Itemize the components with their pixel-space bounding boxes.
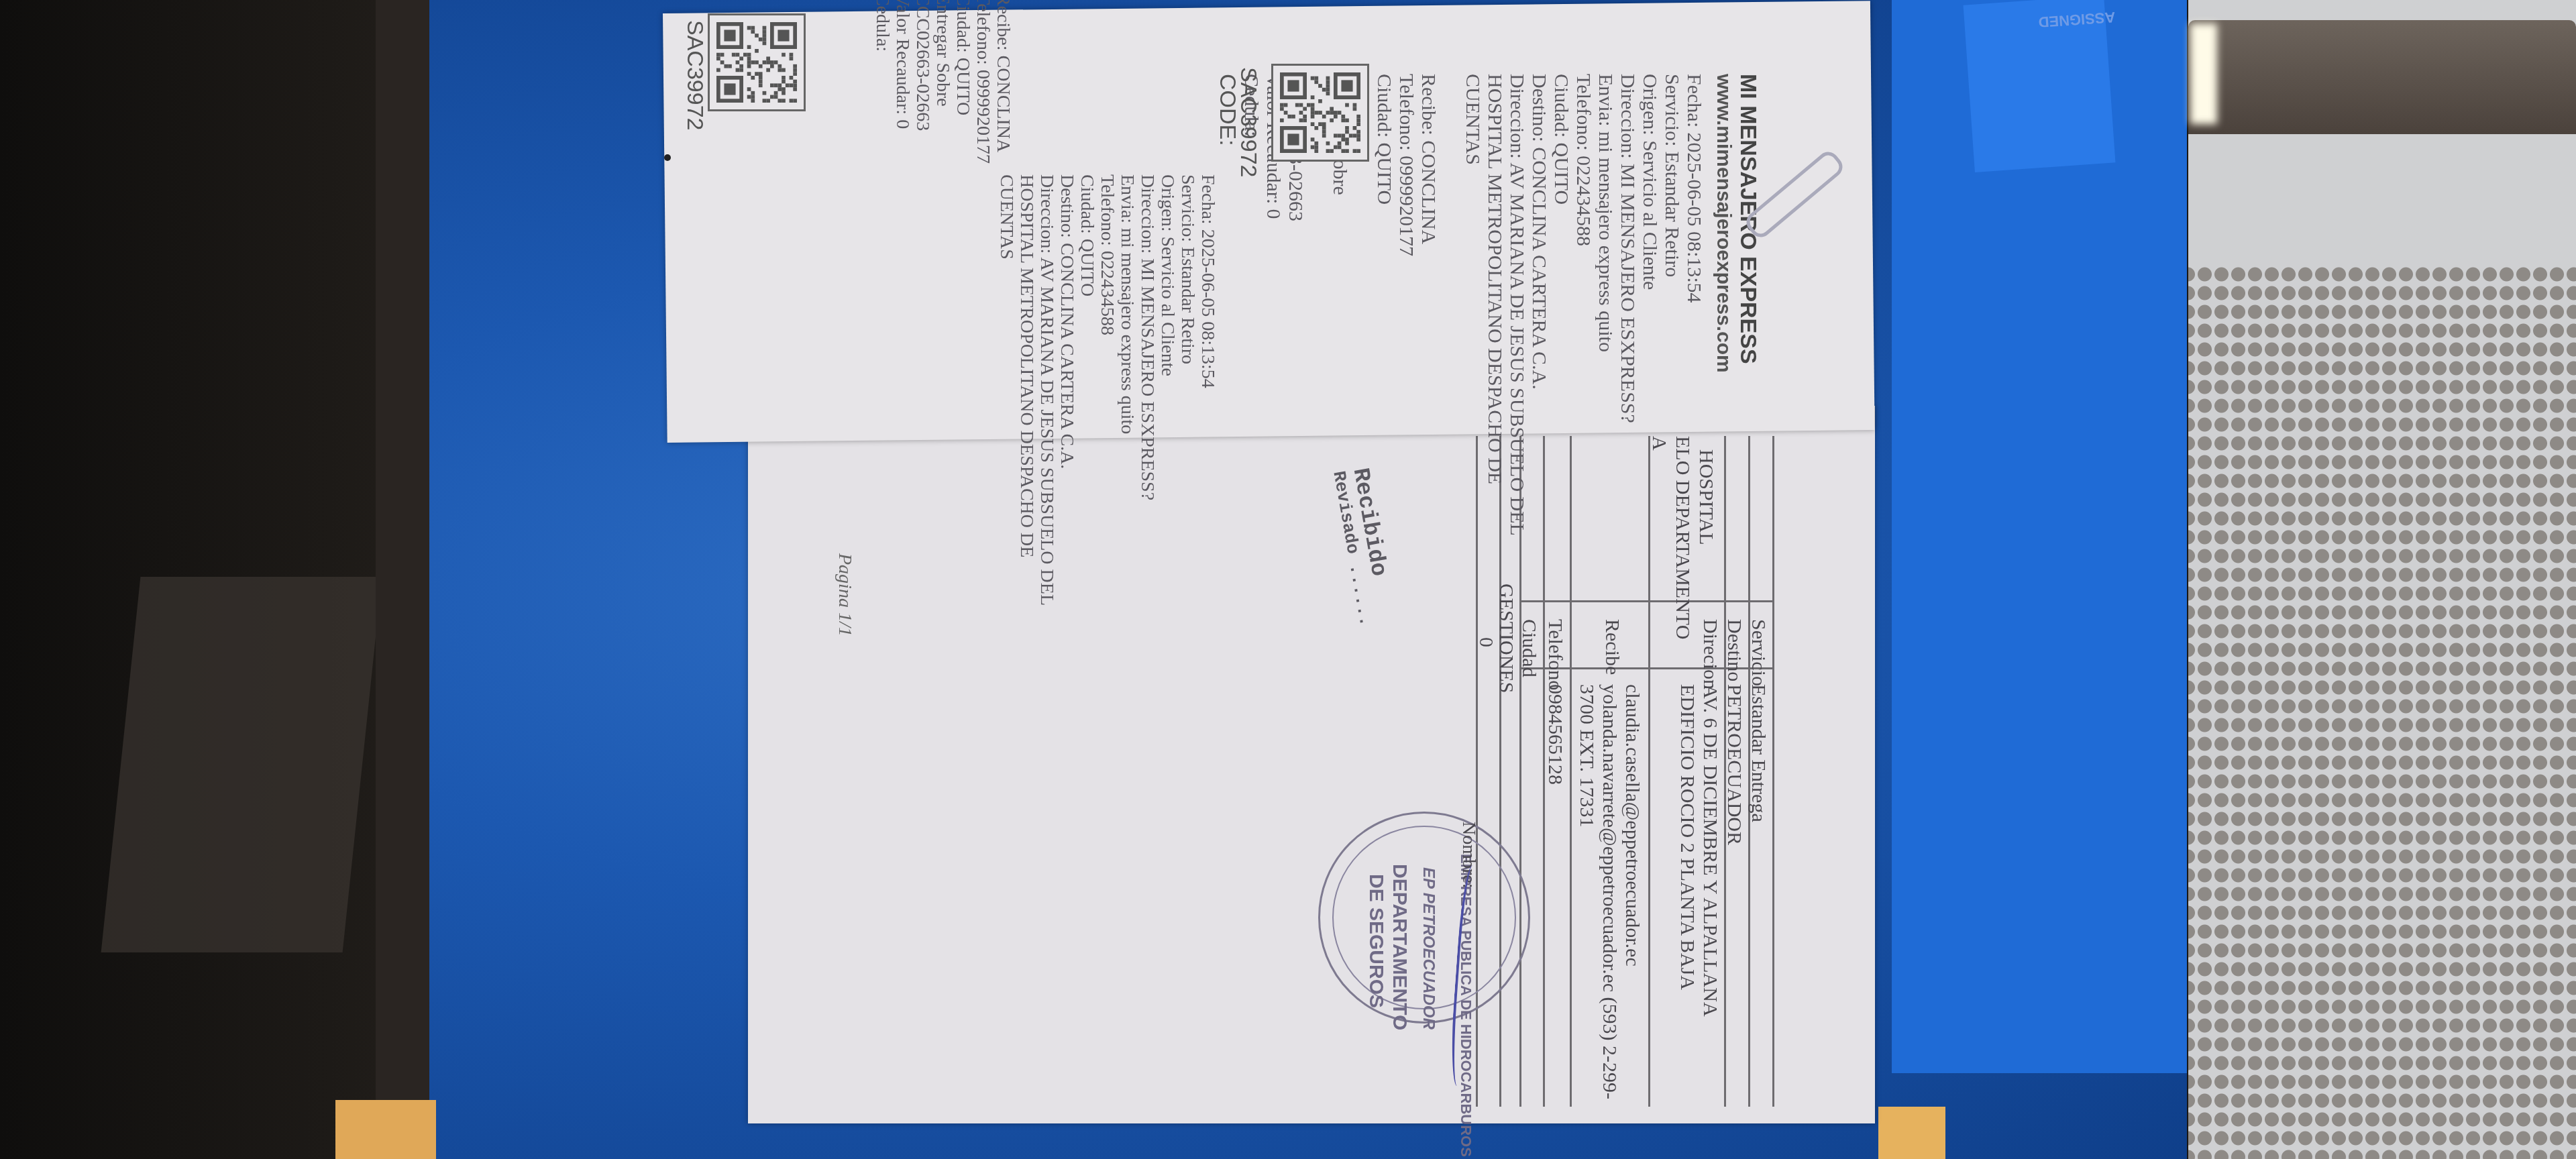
receipt-line: Origen: Servicio al Cliente <box>1639 74 1661 536</box>
gray-cloth <box>101 577 382 952</box>
receipt-line <box>1440 74 1462 536</box>
receipt-line: Ciudad: QUITO <box>1373 74 1395 536</box>
receipt-line: CUENTAS <box>996 174 1016 606</box>
stamp-line2: DE SEGUROS <box>1364 874 1387 1008</box>
receipt-line: Recibe: CONCLINA <box>993 0 1013 164</box>
receipt-third-fragment: Recibe: CONCLINATelefono: 0999920177Ciud… <box>872 0 1013 164</box>
receipt-line: Telefono: 0999920177 <box>1395 74 1417 536</box>
receipt-line: CUENTAS <box>1462 74 1484 536</box>
receipt-line: Servicio: Estandar Retiro <box>1177 174 1197 606</box>
perforated-metal <box>2188 265 2576 1159</box>
label-direccion: Direcion <box>1699 619 1721 689</box>
receipt-line: Ciudad: QUITO <box>953 0 973 164</box>
qr-code-top <box>1271 64 1369 162</box>
tracking-code-top: SAC39972 <box>1235 67 1261 177</box>
receipt-line: Envia: mi mensajero express quito <box>1595 74 1617 536</box>
label-recibe: Recibe <box>1601 619 1623 675</box>
petroecuador-stamp: EMPRESA PUBLICA DE HIDROCARBUROS EP PETR… <box>1318 812 1530 1024</box>
receipt-second-lines: Fecha: 2025-06-05 08:13:54Servicio: Esta… <box>996 174 1218 606</box>
ink-dot <box>664 154 671 161</box>
receipt-line: Destino: CONCLINA CARTERA C.A. <box>1057 174 1077 606</box>
receipt-line: Direccion: AV MARIANA DE JESUS SUBSUELO … <box>1036 174 1057 606</box>
receipt-line: Telefono: 022434588 <box>1572 74 1595 536</box>
receipt-line: Direccion: AV MARIANA DE JESUS SUBSUELO … <box>1506 74 1528 536</box>
value-servicio: Estandar Entrega <box>1747 684 1770 822</box>
receipt-line: Envia: mi mensajero express quito <box>1117 174 1137 606</box>
label-telefono: Telefono <box>1544 619 1566 690</box>
receipt-line: CCC02663-02663 <box>912 0 932 164</box>
page-number: Pagina 1/1 <box>834 553 855 637</box>
receipt-line: HOSPITAL METROPOLITANO DESPACHO DE <box>1484 74 1506 536</box>
label-destino: Destino <box>1723 619 1746 681</box>
receipt-line: Direccion: MI MENSAJERO ESXPRESS? <box>1137 174 1157 606</box>
label-gestiones: GESTIONES <box>1495 584 1517 693</box>
receipt-line: Telefono: 022434588 <box>1097 174 1117 606</box>
folder-label: ASSIGNED <box>2038 8 2116 31</box>
receipt-line: Fecha: 2025-06-05 08:13:54 <box>1197 174 1218 606</box>
receipt-line: HOSPITAL METROPOLITANO DESPACHO DE <box>1016 174 1036 606</box>
receipt-line: Destino: CONCLINA CARTERA C.A. <box>1528 74 1550 536</box>
value-recibe: claudia.casella@eppetroecuador.ec yoland… <box>1575 684 1644 1100</box>
value-direccion: AV. 6 DE DICIEMBRE Y ALPALLANA EDIFICIO … <box>1676 684 1721 1100</box>
company-name: MI MENSAJERO EXPRESS <box>1735 74 1761 536</box>
receipt-line: Ciudad: QUITO <box>1550 74 1572 536</box>
label-servicio: Servicio <box>1747 619 1770 686</box>
receipt-line: Servicio: Estandar Retiro <box>1661 74 1683 536</box>
value-telefono: 0984565128 <box>1544 684 1566 785</box>
receipt-line: Fecha: 2025-06-05 08:13:54 <box>1683 74 1705 536</box>
metal-bench-top <box>2188 20 2576 134</box>
qr-code-icon <box>1280 72 1360 153</box>
stamp-logo-text: EP PETROECUADOR <box>1419 867 1438 1030</box>
receipt-line: Cedula: <box>872 0 892 164</box>
light-glare <box>2190 23 2217 124</box>
company-website: www.mimensajeroexpress.com <box>1712 74 1735 536</box>
qr-code-bottom <box>708 13 806 111</box>
manila-envelope <box>335 1100 436 1159</box>
tracking-code-bottom: SAC39972 <box>682 20 708 130</box>
receipt-line: Entregar Sobre <box>932 0 953 164</box>
manila-envelope-corner <box>1878 1107 1945 1159</box>
receipt-line: Direccion: MI MENSAJERO ESXPRESS? <box>1617 74 1639 536</box>
value-destino: PETROECUADOR <box>1723 684 1746 845</box>
folder-tab: ASSIGNED <box>1964 0 2116 172</box>
stamp-line1: DEPARTAMENTO <box>1388 864 1411 1030</box>
value-gestiones: 0 <box>1474 637 1497 647</box>
receipt-line: Valor Recaudar: 0 <box>892 0 912 164</box>
receipt-line: Ciudad: QUITO <box>1077 174 1097 606</box>
qr-code-icon <box>716 22 797 103</box>
receipt-third-lines: Recibe: CONCLINATelefono: 0999920177Ciud… <box>872 0 1013 164</box>
receipt-line: Origen: Servicio al Cliente <box>1157 174 1177 606</box>
receipt-line: Recibe: CONCLINA <box>1417 74 1440 536</box>
label-ciudad: Ciudad <box>1517 619 1540 677</box>
receipt-second: Fecha: 2025-06-05 08:13:54Servicio: Esta… <box>996 174 1218 606</box>
receipt-line: Telefono: 0999920177 <box>973 0 993 164</box>
